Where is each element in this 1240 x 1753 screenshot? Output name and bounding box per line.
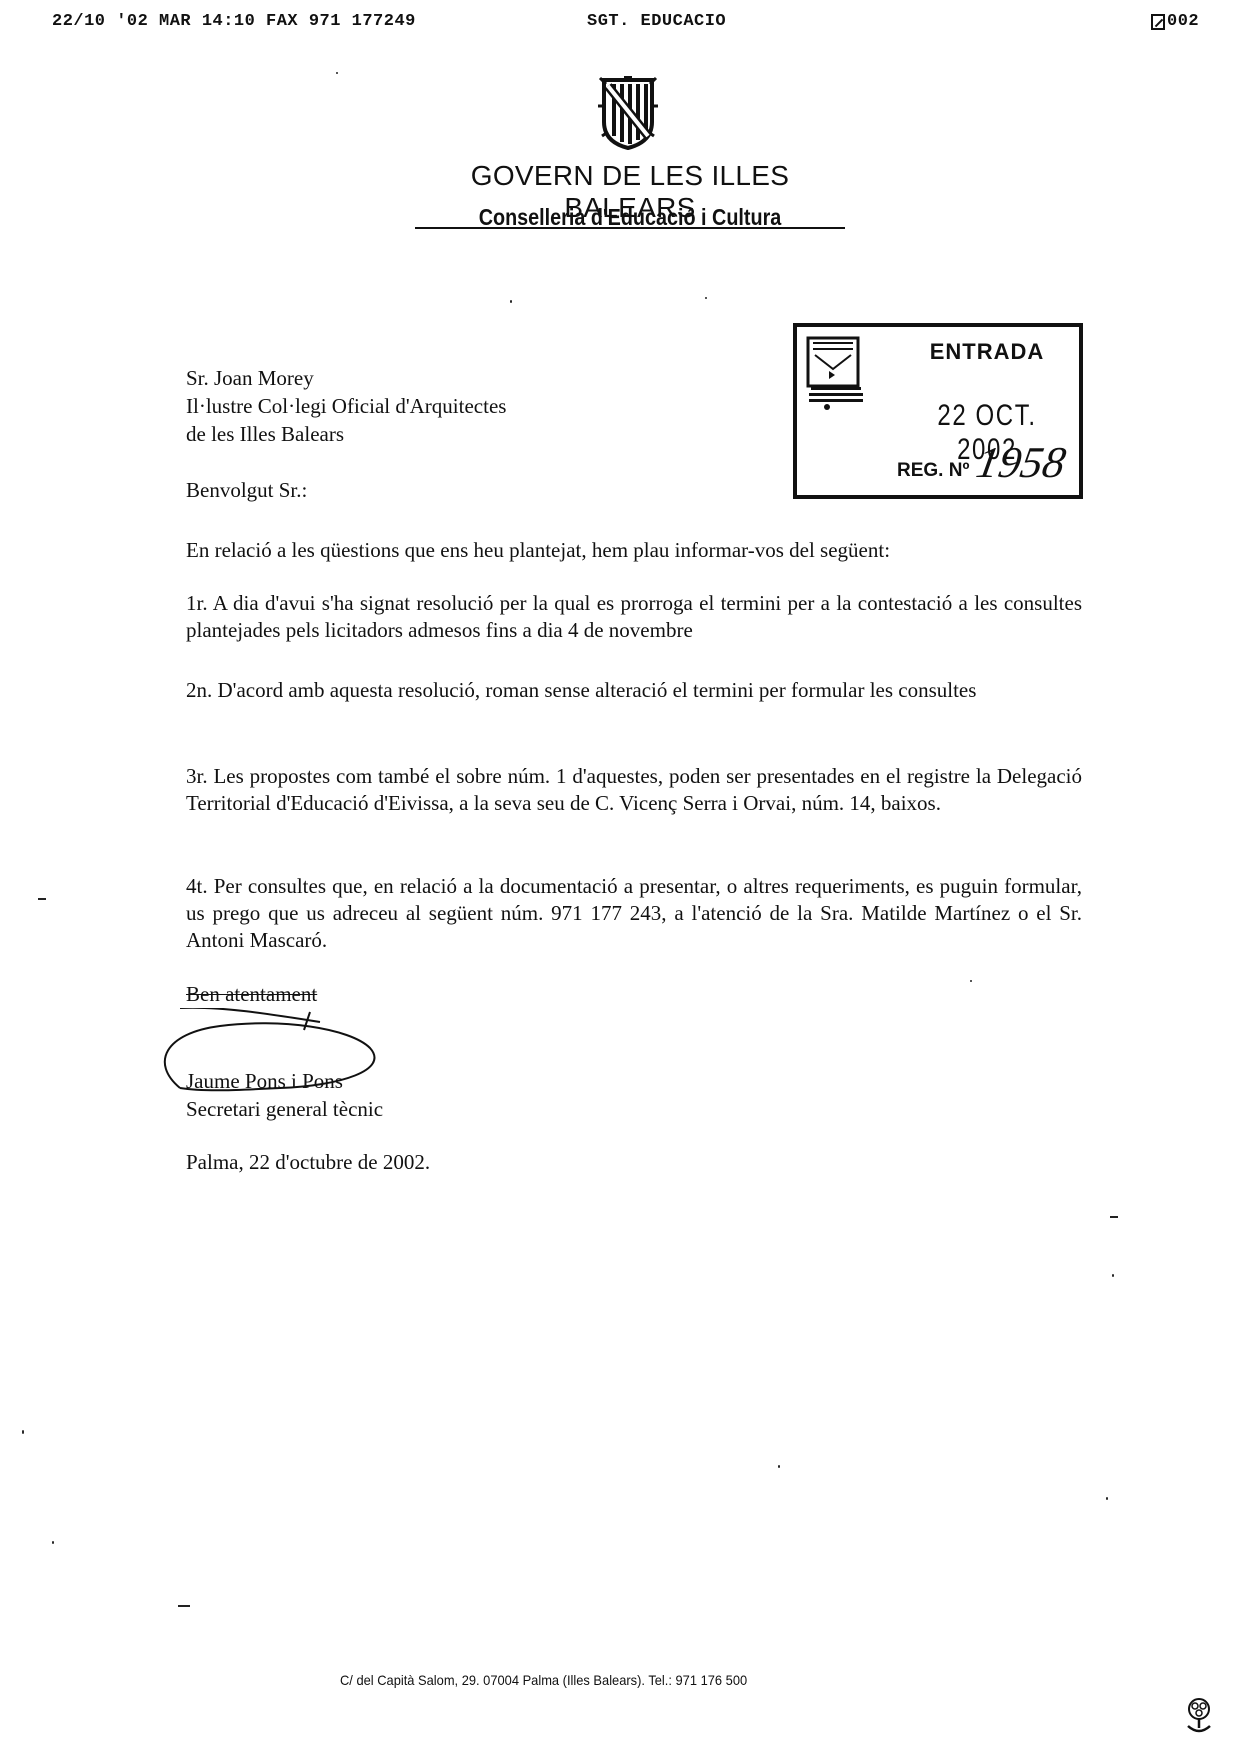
stamp-reg-number: 1958 — [973, 437, 1070, 488]
stamp-label: ENTRADA — [902, 339, 1072, 365]
intro-paragraph: En relació a les qüestions que ens heu p… — [186, 538, 890, 563]
paragraph-4: 4t. Per consultes que, en relació a la d… — [186, 873, 1082, 954]
paragraph-2: 2n. D'acord amb aquesta resolució, roman… — [186, 677, 1082, 704]
signer-title: Secretari general tècnic — [186, 1095, 383, 1123]
scan-speck — [970, 980, 972, 982]
paragraph-1: 1r. A dia d'avui s'ha signat resolució p… — [186, 590, 1082, 644]
recipient-organization: Il·lustre Col·legi Oficial d'Arquitectes — [186, 392, 506, 420]
scan-speck — [336, 72, 338, 74]
recipient-address: Sr. Joan Morey Il·lustre Col·legi Oficia… — [186, 364, 506, 448]
closing: Ben atentament — [186, 982, 317, 1007]
college-of-architects-logo-icon — [805, 335, 865, 413]
place-and-date: Palma, 22 d'octubre de 2002. — [186, 1150, 430, 1175]
scan-speck — [22, 1430, 24, 1434]
scan-speck — [52, 1541, 54, 1544]
fax-sender: SGT. EDUCACIO — [587, 12, 726, 31]
recipient-organization-line2: de les Illes Balears — [186, 420, 506, 448]
scan-speck — [38, 898, 46, 900]
scan-speck — [178, 1605, 190, 1607]
scan-speck — [1110, 1216, 1118, 1218]
recycling-emblem-icon — [1184, 1696, 1214, 1736]
signer-name: Jaume Pons i Pons — [186, 1067, 383, 1095]
fax-timestamp-line: 22/10 '02 MAR 14:10 FAX 971 177249 — [52, 12, 416, 31]
fax-page-indicator: 002 — [1151, 12, 1199, 31]
stamp-reg-label: REG. Nº — [897, 460, 969, 482]
scan-speck — [705, 297, 707, 299]
scan-speck — [510, 300, 512, 303]
signer-block: Jaume Pons i Pons Secretari general tècn… — [186, 1067, 383, 1123]
entry-registry-stamp: ENTRADA 22 OCT. 2002 REG. Nº 1958 — [793, 323, 1083, 499]
scan-speck — [1112, 1274, 1114, 1277]
scan-speck — [1106, 1497, 1108, 1500]
footer-address: C/ del Capità Salom, 29. 07004 Palma (Il… — [340, 1672, 747, 1688]
greeting: Benvolgut Sr.: — [186, 478, 307, 503]
page-checkbox-icon — [1151, 14, 1165, 30]
recipient-name: Sr. Joan Morey — [186, 364, 506, 392]
department-subtitle: Conselleria d'Educació i Cultura — [445, 204, 815, 231]
balearic-coat-of-arms-icon — [596, 76, 660, 152]
paragraph-3: 3r. Les propostes com també el sobre núm… — [186, 763, 1082, 817]
fax-page-number: 002 — [1167, 12, 1199, 31]
scan-speck — [778, 1465, 780, 1468]
